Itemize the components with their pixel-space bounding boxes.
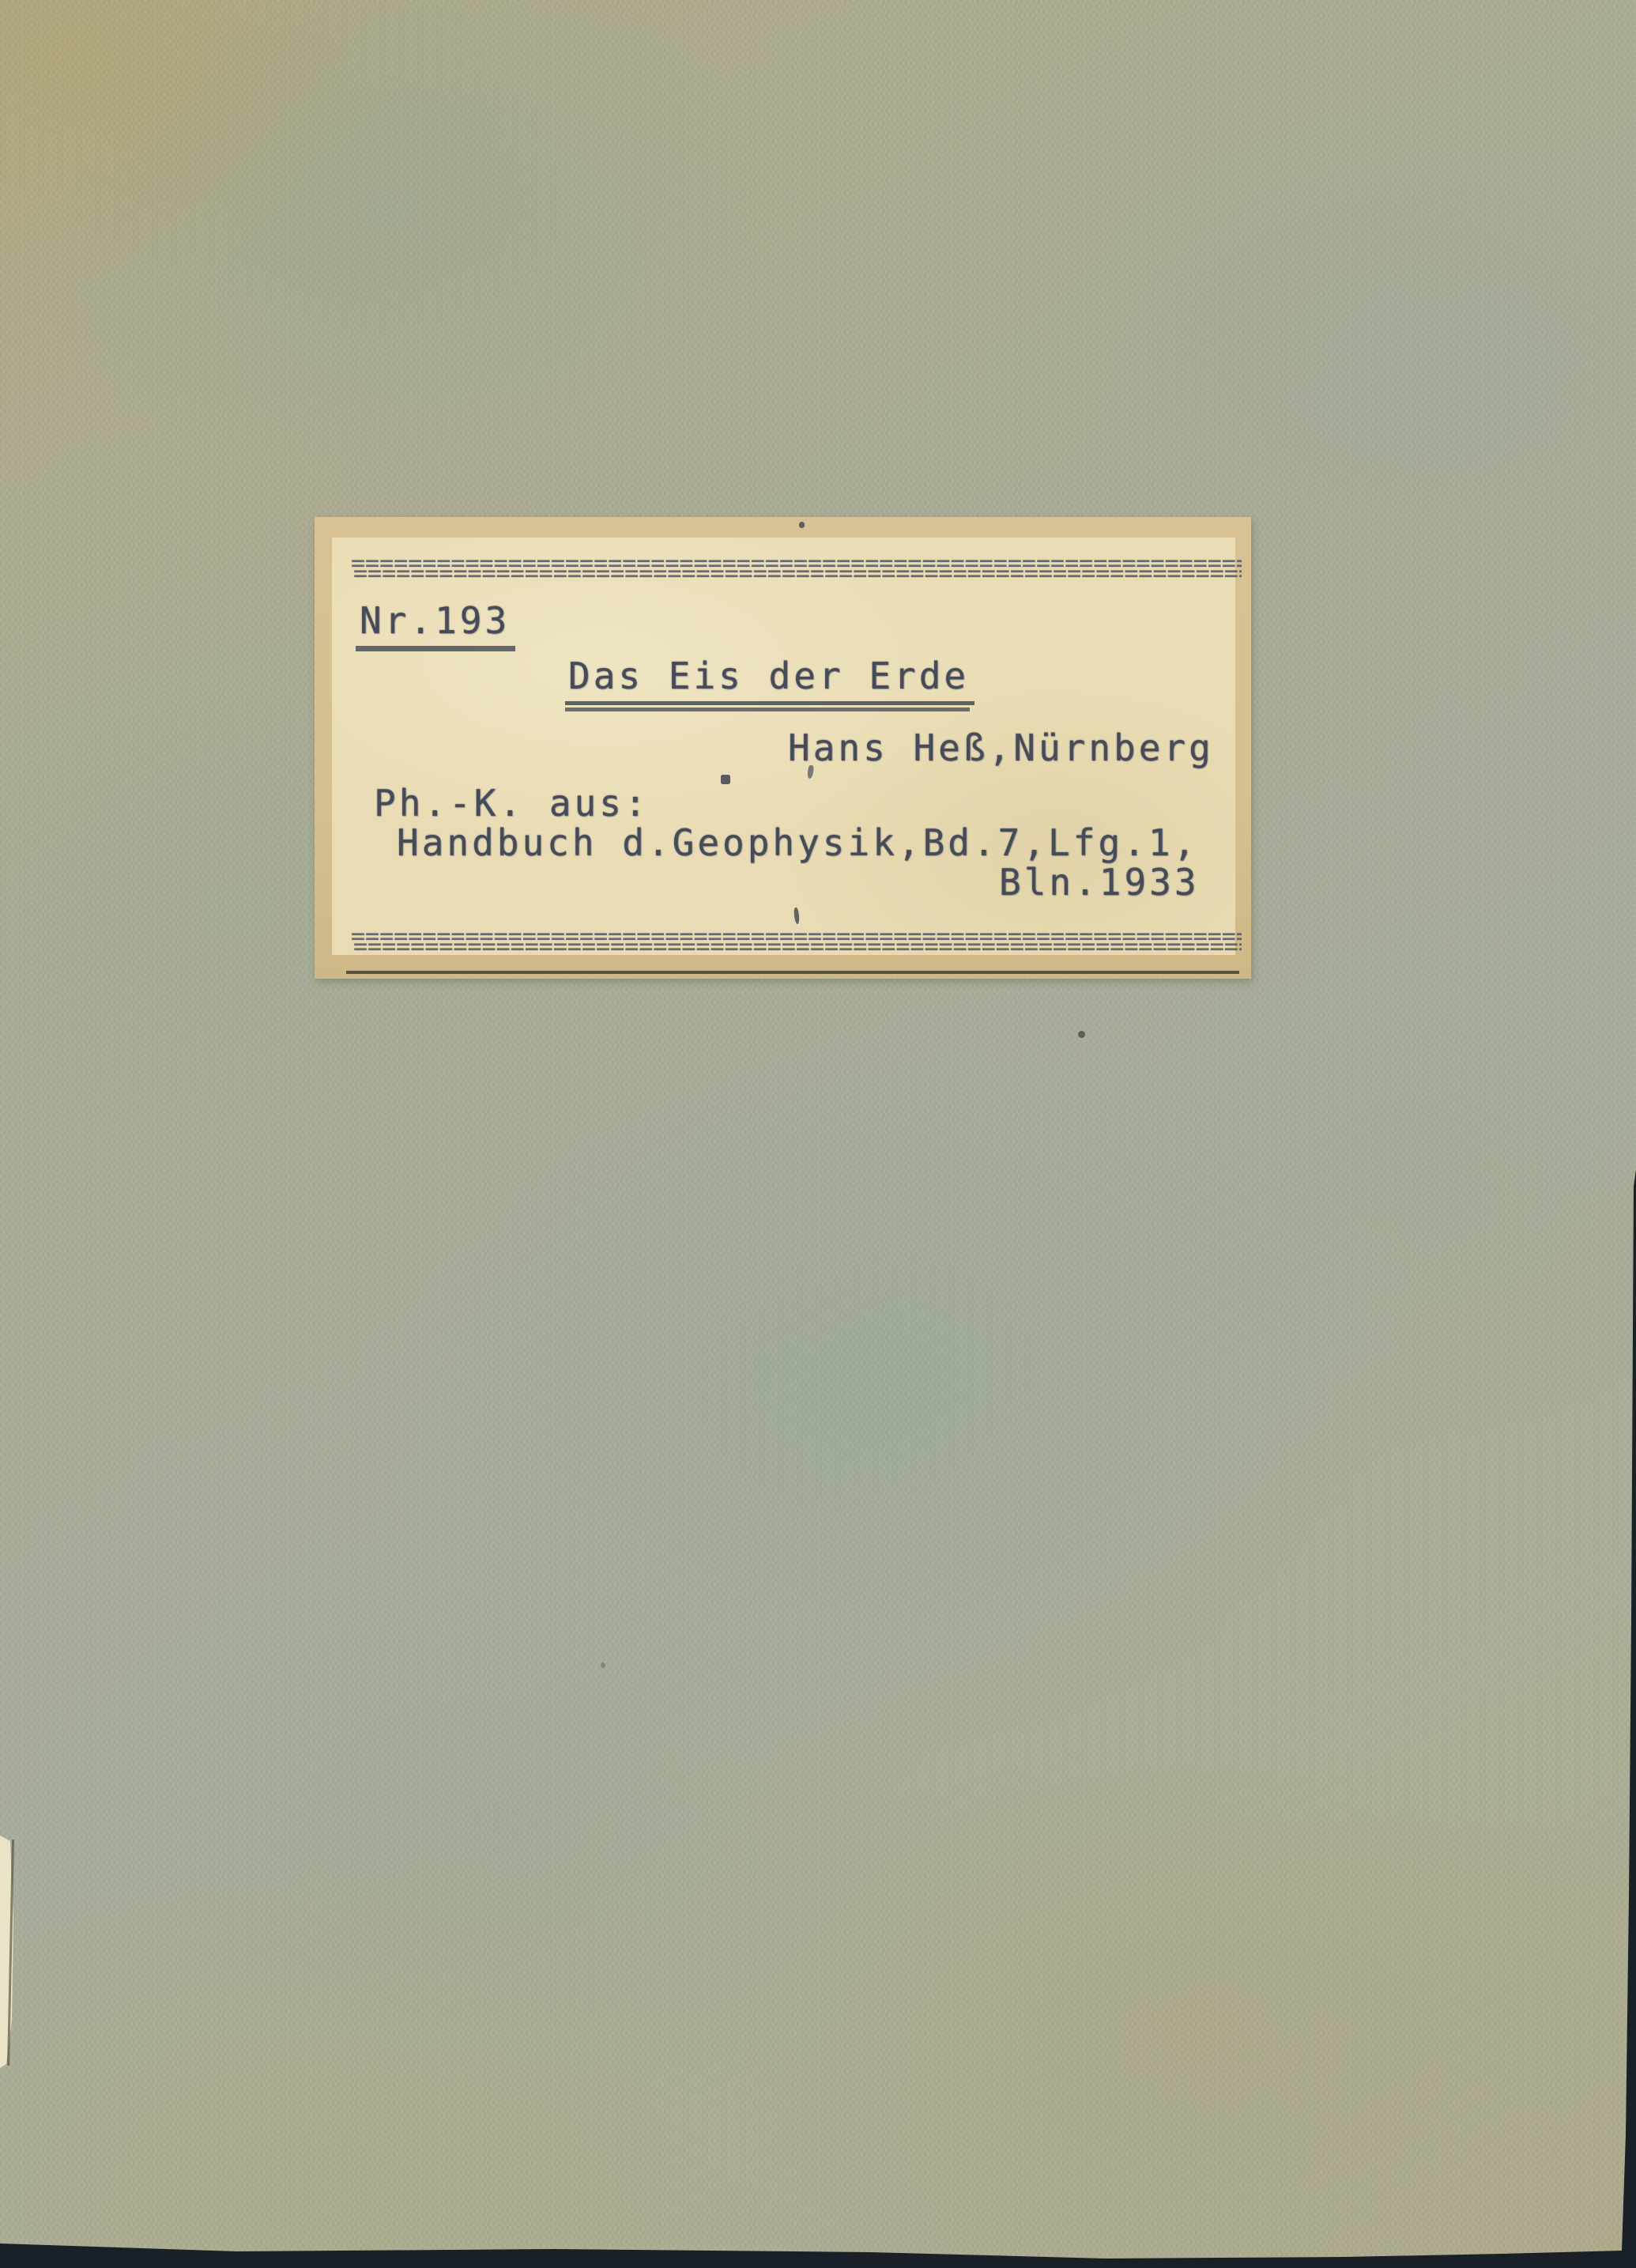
label-bottom-shadow-line — [346, 971, 1239, 974]
catalog-number: Nr.193 — [360, 600, 510, 641]
catalog-number-underline — [356, 646, 515, 651]
border-row-line: ========================================… — [353, 935, 1242, 959]
source-prefix: Ph.-K. aus: — [374, 783, 650, 824]
cover-speck — [1078, 1031, 1085, 1038]
label-border-bottom: ========================================… — [351, 925, 1242, 961]
label-border-top: ========================================… — [351, 552, 1242, 590]
border-row-line: ========================================… — [353, 562, 1242, 586]
typed-period-mark — [721, 775, 730, 784]
publication-title: Das Eis der Erde — [568, 655, 969, 696]
ink-speck — [799, 522, 805, 528]
source-place-year: Bln.1933 — [999, 862, 1200, 903]
scanner-background-edge — [0, 0, 1636, 2268]
catalog-label: ========================================… — [315, 517, 1251, 979]
author-line: Hans Heß,Nürnberg — [788, 727, 1214, 768]
cover-speck — [601, 1662, 605, 1668]
paper-striation-texture — [0, 0, 1636, 2268]
scanned-cover: ========================================… — [0, 0, 1636, 2268]
underlay-page-wedge — [0, 0, 1636, 2268]
source-reference-line: Handbuch d.Geophysik,Bd.7,Lfg.1, — [397, 822, 1198, 863]
title-underline — [565, 701, 974, 705]
title-underline — [565, 708, 970, 711]
paper-grain-texture — [0, 0, 1636, 2268]
